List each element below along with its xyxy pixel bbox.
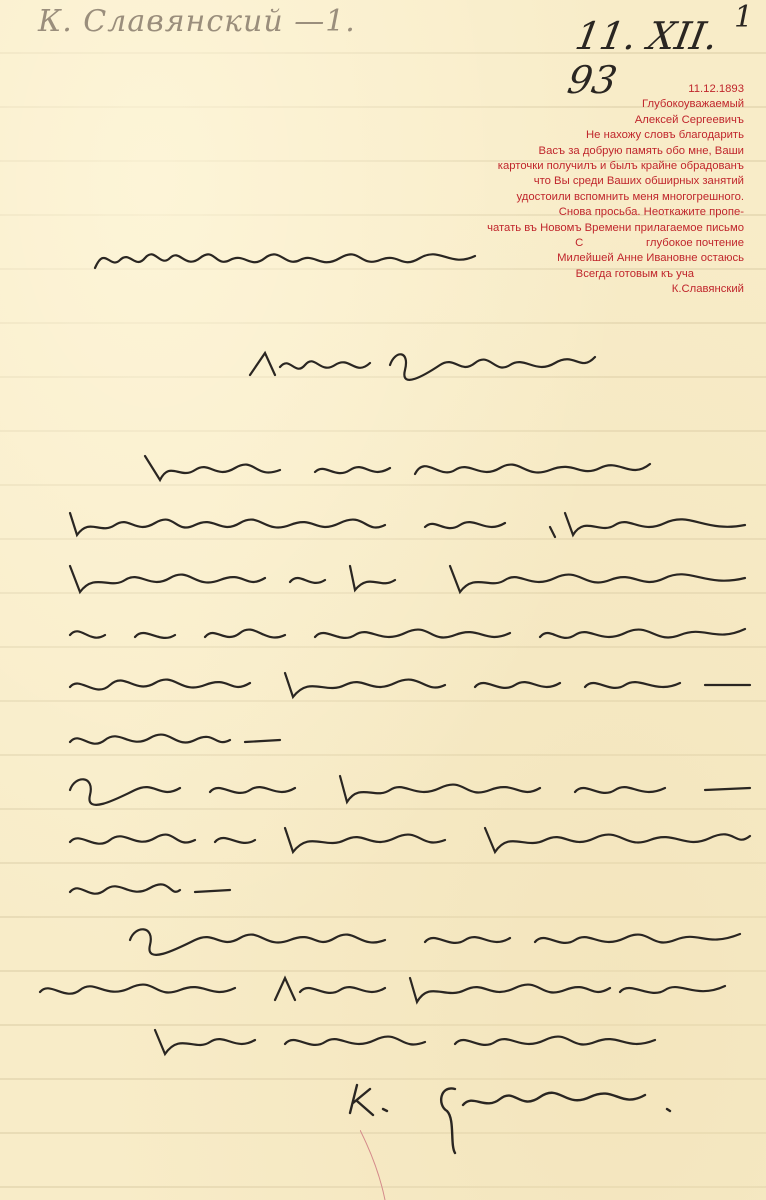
transcription-line: карточки получилъ и былъ крайне обрадова… [444, 159, 744, 174]
handwritten-body-line [65, 665, 755, 705]
handwritten-body-line [140, 450, 660, 490]
transcription-line: Васъ за добрую память обо мне, Ваши [444, 144, 744, 159]
letter-page: К. Славянский —1. 11. XII. 93 1 11.12.18… [0, 0, 766, 1200]
transcription-line: К.Славянский [444, 282, 744, 297]
handwritten-salutation-line1 [90, 240, 490, 280]
handwritten-salutation-line2 [245, 345, 605, 385]
pencil-annotation: К. Славянский —1. [38, 4, 356, 39]
handwritten-body-line [65, 560, 755, 600]
transcription-line: Алексей Сергеевичъ [444, 113, 744, 128]
transcription-line: Не нахожу словъ благодарить [444, 128, 744, 143]
handwritten-body-line [35, 970, 735, 1010]
folio-number: 1 [734, 0, 753, 35]
handwritten-body-line [65, 870, 235, 910]
transcription-date: 11.12.1893 [444, 82, 744, 97]
handwritten-body-line [150, 1022, 670, 1062]
handwritten-body-line [65, 615, 755, 655]
transcription-line: Снова просьба. Неоткажите пропе- [444, 205, 744, 220]
transcription-line: чатать въ Новомъ Времени прилагаемое пис… [444, 221, 744, 236]
handwritten-body-line [65, 820, 755, 860]
transcription-line: что Вы среди Ваших обширных занятий [444, 174, 744, 189]
pink-pencil-mark [360, 1130, 400, 1200]
handwritten-body-line [125, 920, 755, 960]
transcription-line: удостоили вспомнить меня многогрешного. [444, 190, 744, 205]
handwritten-body-line [65, 720, 285, 760]
transcription-line: Глубокоуважаемый [444, 97, 744, 112]
handwritten-body-line [65, 505, 755, 545]
handwritten-body-line [65, 770, 755, 810]
